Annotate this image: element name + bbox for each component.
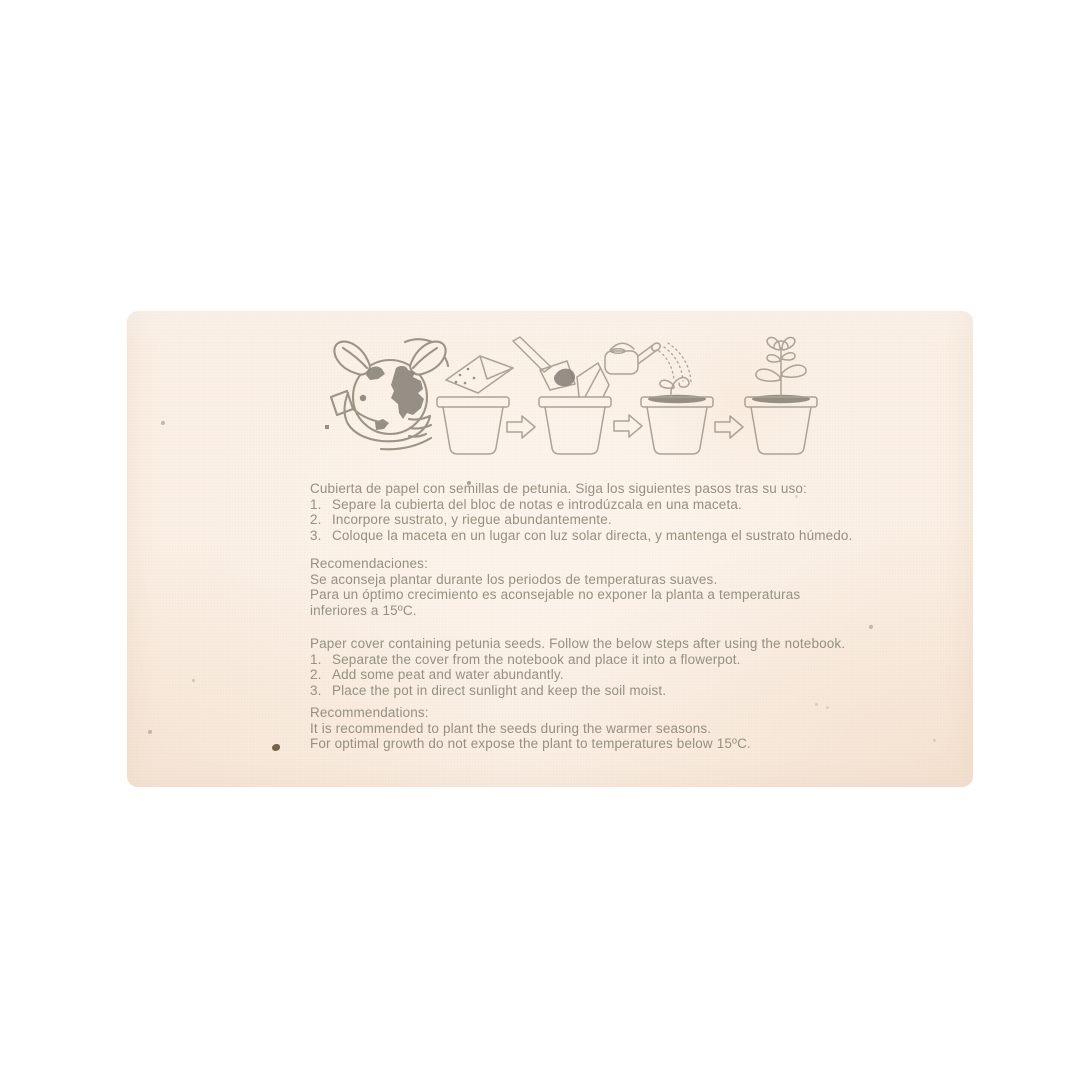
seed-speck (161, 421, 165, 425)
hand-earth-logo (325, 339, 448, 449)
watering-can-icon (605, 342, 662, 374)
english-intro: Paper cover containing petunia seeds. Fo… (310, 636, 885, 652)
flowerpot-icon (437, 397, 509, 454)
arrow-right-icon (715, 416, 743, 438)
step-number: 3. (310, 528, 332, 544)
list-item: 1. Separe la cubierta del bloc de notas … (310, 497, 885, 513)
seed-speck (272, 744, 280, 751)
recommendation-line: It is recommended to plant the seeds dur… (310, 721, 885, 737)
english-section: Paper cover containing petunia seeds. Fo… (310, 636, 885, 752)
flowerpot-icon (745, 397, 817, 454)
flowerpot-icon (539, 397, 611, 454)
sprout-icon (660, 378, 689, 398)
seed-speck (933, 739, 936, 742)
step-number: 3. (310, 683, 332, 699)
recommendation-line: Para un óptimo crecimiento es aconsejabl… (310, 587, 885, 603)
step-text: Separe la cubierta del bloc de notas e i… (332, 497, 742, 513)
step-text: Add some peat and water abundantly. (332, 667, 564, 683)
spanish-intro: Cubierta de papel con semillas de petuni… (310, 481, 885, 497)
earth-continent (360, 395, 366, 401)
seed-paper-icon (446, 356, 513, 393)
step3-watering (605, 342, 713, 454)
step2-add-peat (513, 337, 611, 454)
seed-paper-card: Cubierta de papel con semillas de petuni… (127, 311, 973, 787)
flowerpot-icon (641, 397, 713, 454)
step-text: Coloque la maceta en un lugar con luz so… (332, 528, 853, 544)
seed-speck (148, 730, 152, 734)
step-number: 1. (310, 652, 332, 668)
photo-stage: Cubierta de papel con semillas de petuni… (0, 0, 1080, 1080)
english-recommendations-title: Recommendations: (310, 705, 885, 721)
soil-icon (648, 395, 706, 403)
list-item: 1. Separate the cover from the notebook … (310, 652, 885, 668)
step4-flower-grown (745, 338, 817, 454)
spanish-section: Cubierta de papel con semillas de petuni… (310, 481, 885, 618)
recommendation-line: inferiores a 15ºC. (310, 603, 885, 619)
seed-speck (192, 679, 195, 682)
list-item: 2. Incorpore sustrato, y riegue abundant… (310, 512, 885, 528)
paper-in-pot-icon (577, 363, 609, 397)
arrow-right-icon (614, 415, 642, 437)
leaf-icon (410, 342, 446, 375)
list-item: 2. Add some peat and water abundantly. (310, 667, 885, 683)
list-item: 3. Place the pot in direct sunlight and … (310, 683, 885, 699)
water-drops-icon (659, 343, 691, 382)
english-recommendations: It is recommended to plant the seeds dur… (310, 721, 885, 752)
list-item: 3. Coloque la maceta en un lugar con luz… (310, 528, 885, 544)
arrow-right-icon (507, 416, 535, 438)
spanish-recommendations: Se aconseja plantar durante los periodos… (310, 572, 885, 619)
spanish-steps-list: 1. Separe la cubierta del bloc de notas … (310, 497, 885, 544)
hand-cuff (331, 391, 353, 415)
english-steps-list: 1. Separate the cover from the notebook … (310, 652, 885, 699)
step-number: 2. (310, 667, 332, 683)
spanish-recommendations-title: Recomendaciones: (310, 556, 885, 572)
step1-seed-paper-over-pot (437, 356, 513, 454)
leaf-icon (334, 342, 370, 375)
printed-instructions: Cubierta de papel con semillas de petuni… (310, 481, 885, 752)
step-number: 1. (310, 497, 332, 513)
planting-steps-illustration (317, 335, 822, 461)
step-text: Place the pot in direct sunlight and kee… (332, 683, 666, 699)
step-number: 2. (310, 512, 332, 528)
recommendation-line: For optimal growth do not expose the pla… (310, 736, 885, 752)
recommendation-line: Se aconseja plantar durante los periodos… (310, 572, 885, 588)
flower-icon (756, 338, 806, 397)
peat-icon (554, 369, 575, 387)
step-text: Incorpore sustrato, y riegue abundanteme… (332, 512, 612, 528)
step-text: Separate the cover from the notebook and… (332, 652, 741, 668)
